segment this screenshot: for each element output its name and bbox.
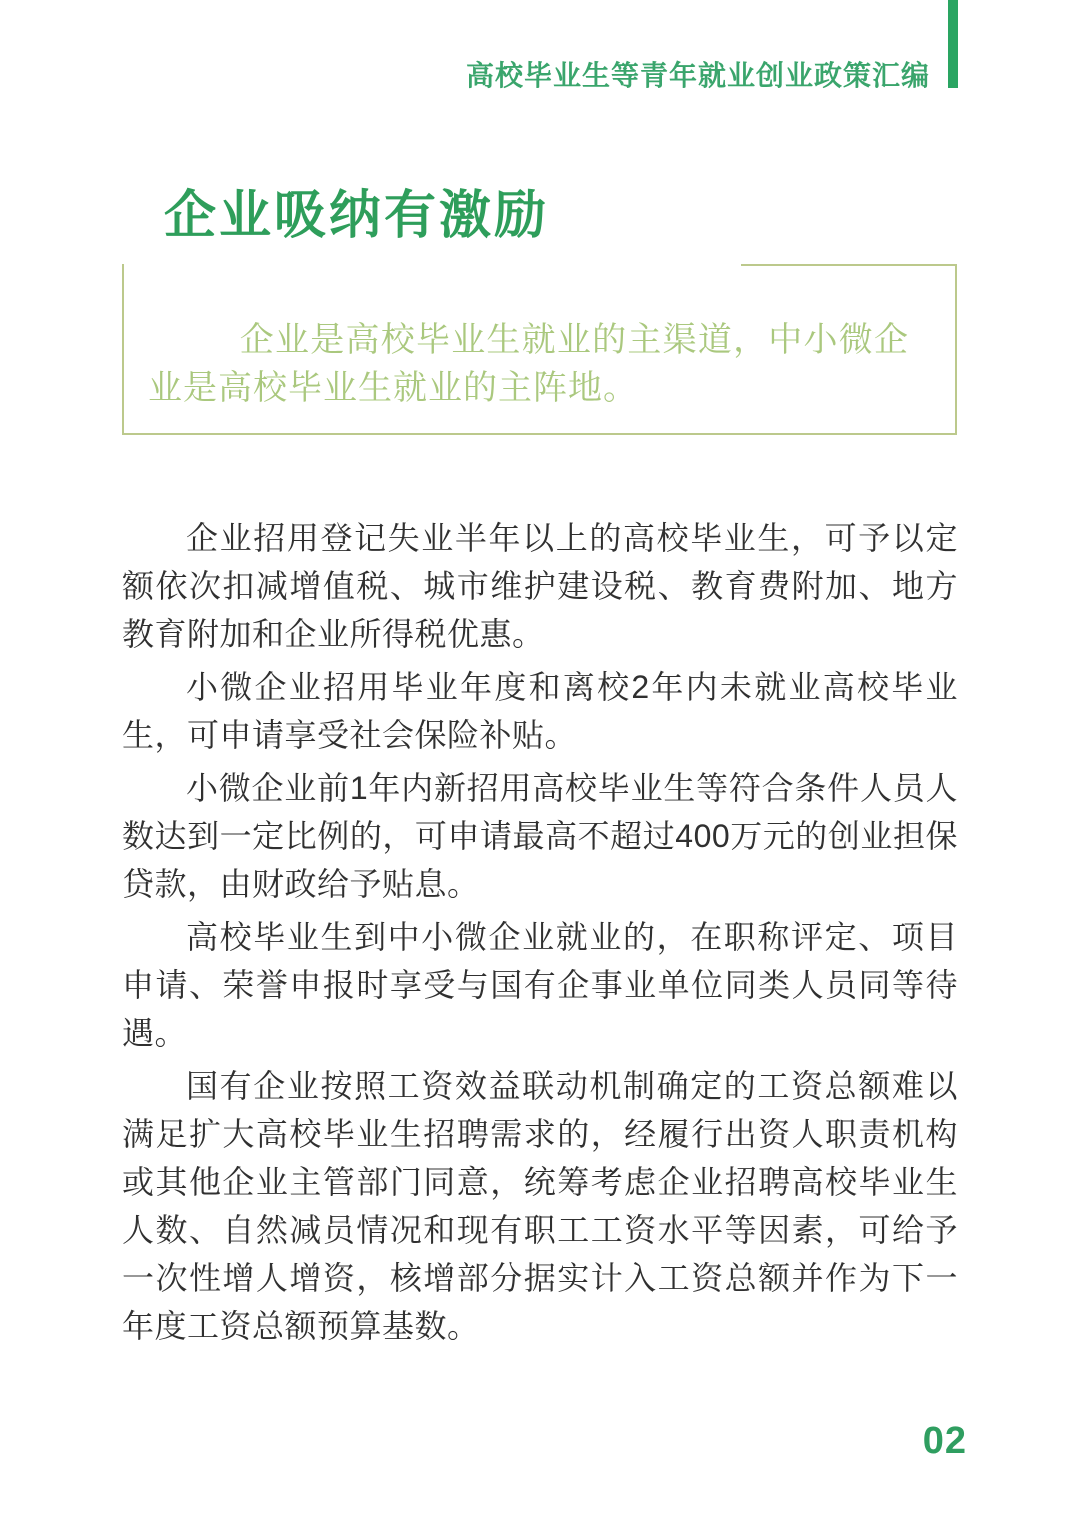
body-paragraphs: 企业招用登记失业半年以上的高校毕业生，可予以定额依次扣减增值税、城市维护建设税、… bbox=[122, 514, 958, 1355]
running-head-title: 高校毕业生等青年就业创业政策汇编 bbox=[466, 54, 930, 94]
paragraph-3: 小微企业前1年内新招用高校毕业生等符合条件人员人数达到一定比例的，可申请最高不超… bbox=[122, 764, 958, 908]
paragraph-2: 小微企业招用毕业年度和离校2年内未就业高校毕业生，可申请享受社会保险补贴。 bbox=[122, 663, 958, 759]
quote-box-top-border bbox=[741, 264, 955, 266]
paragraph-4: 高校毕业生到中小微企业就业的，在职称评定、项目申请、荣誉申报时享受与国有企事业单… bbox=[122, 913, 958, 1057]
paragraph-1: 企业招用登记失业半年以上的高校毕业生，可予以定额依次扣减增值税、城市维护建设税、… bbox=[122, 514, 958, 658]
accent-bar bbox=[948, 0, 958, 88]
quote-box: 企业是高校毕业生就业的主渠道，中小微企业是高校毕业生就业的主阵地。 bbox=[122, 264, 957, 435]
paragraph-5: 国有企业按照工资效益联动机制确定的工资总额难以满足扩大高校毕业生招聘需求的，经履… bbox=[122, 1062, 958, 1350]
quote-text: 企业是高校毕业生就业的主渠道，中小微企业是高校毕业生就业的主阵地。 bbox=[124, 264, 955, 412]
document-page: 高校毕业生等青年就业创业政策汇编 企业吸纳有激励 企业是高校毕业生就业的主渠道，… bbox=[0, 0, 1080, 1533]
page-number: 02 bbox=[923, 1420, 967, 1463]
section-title: 企业吸纳有激励 bbox=[164, 184, 549, 248]
